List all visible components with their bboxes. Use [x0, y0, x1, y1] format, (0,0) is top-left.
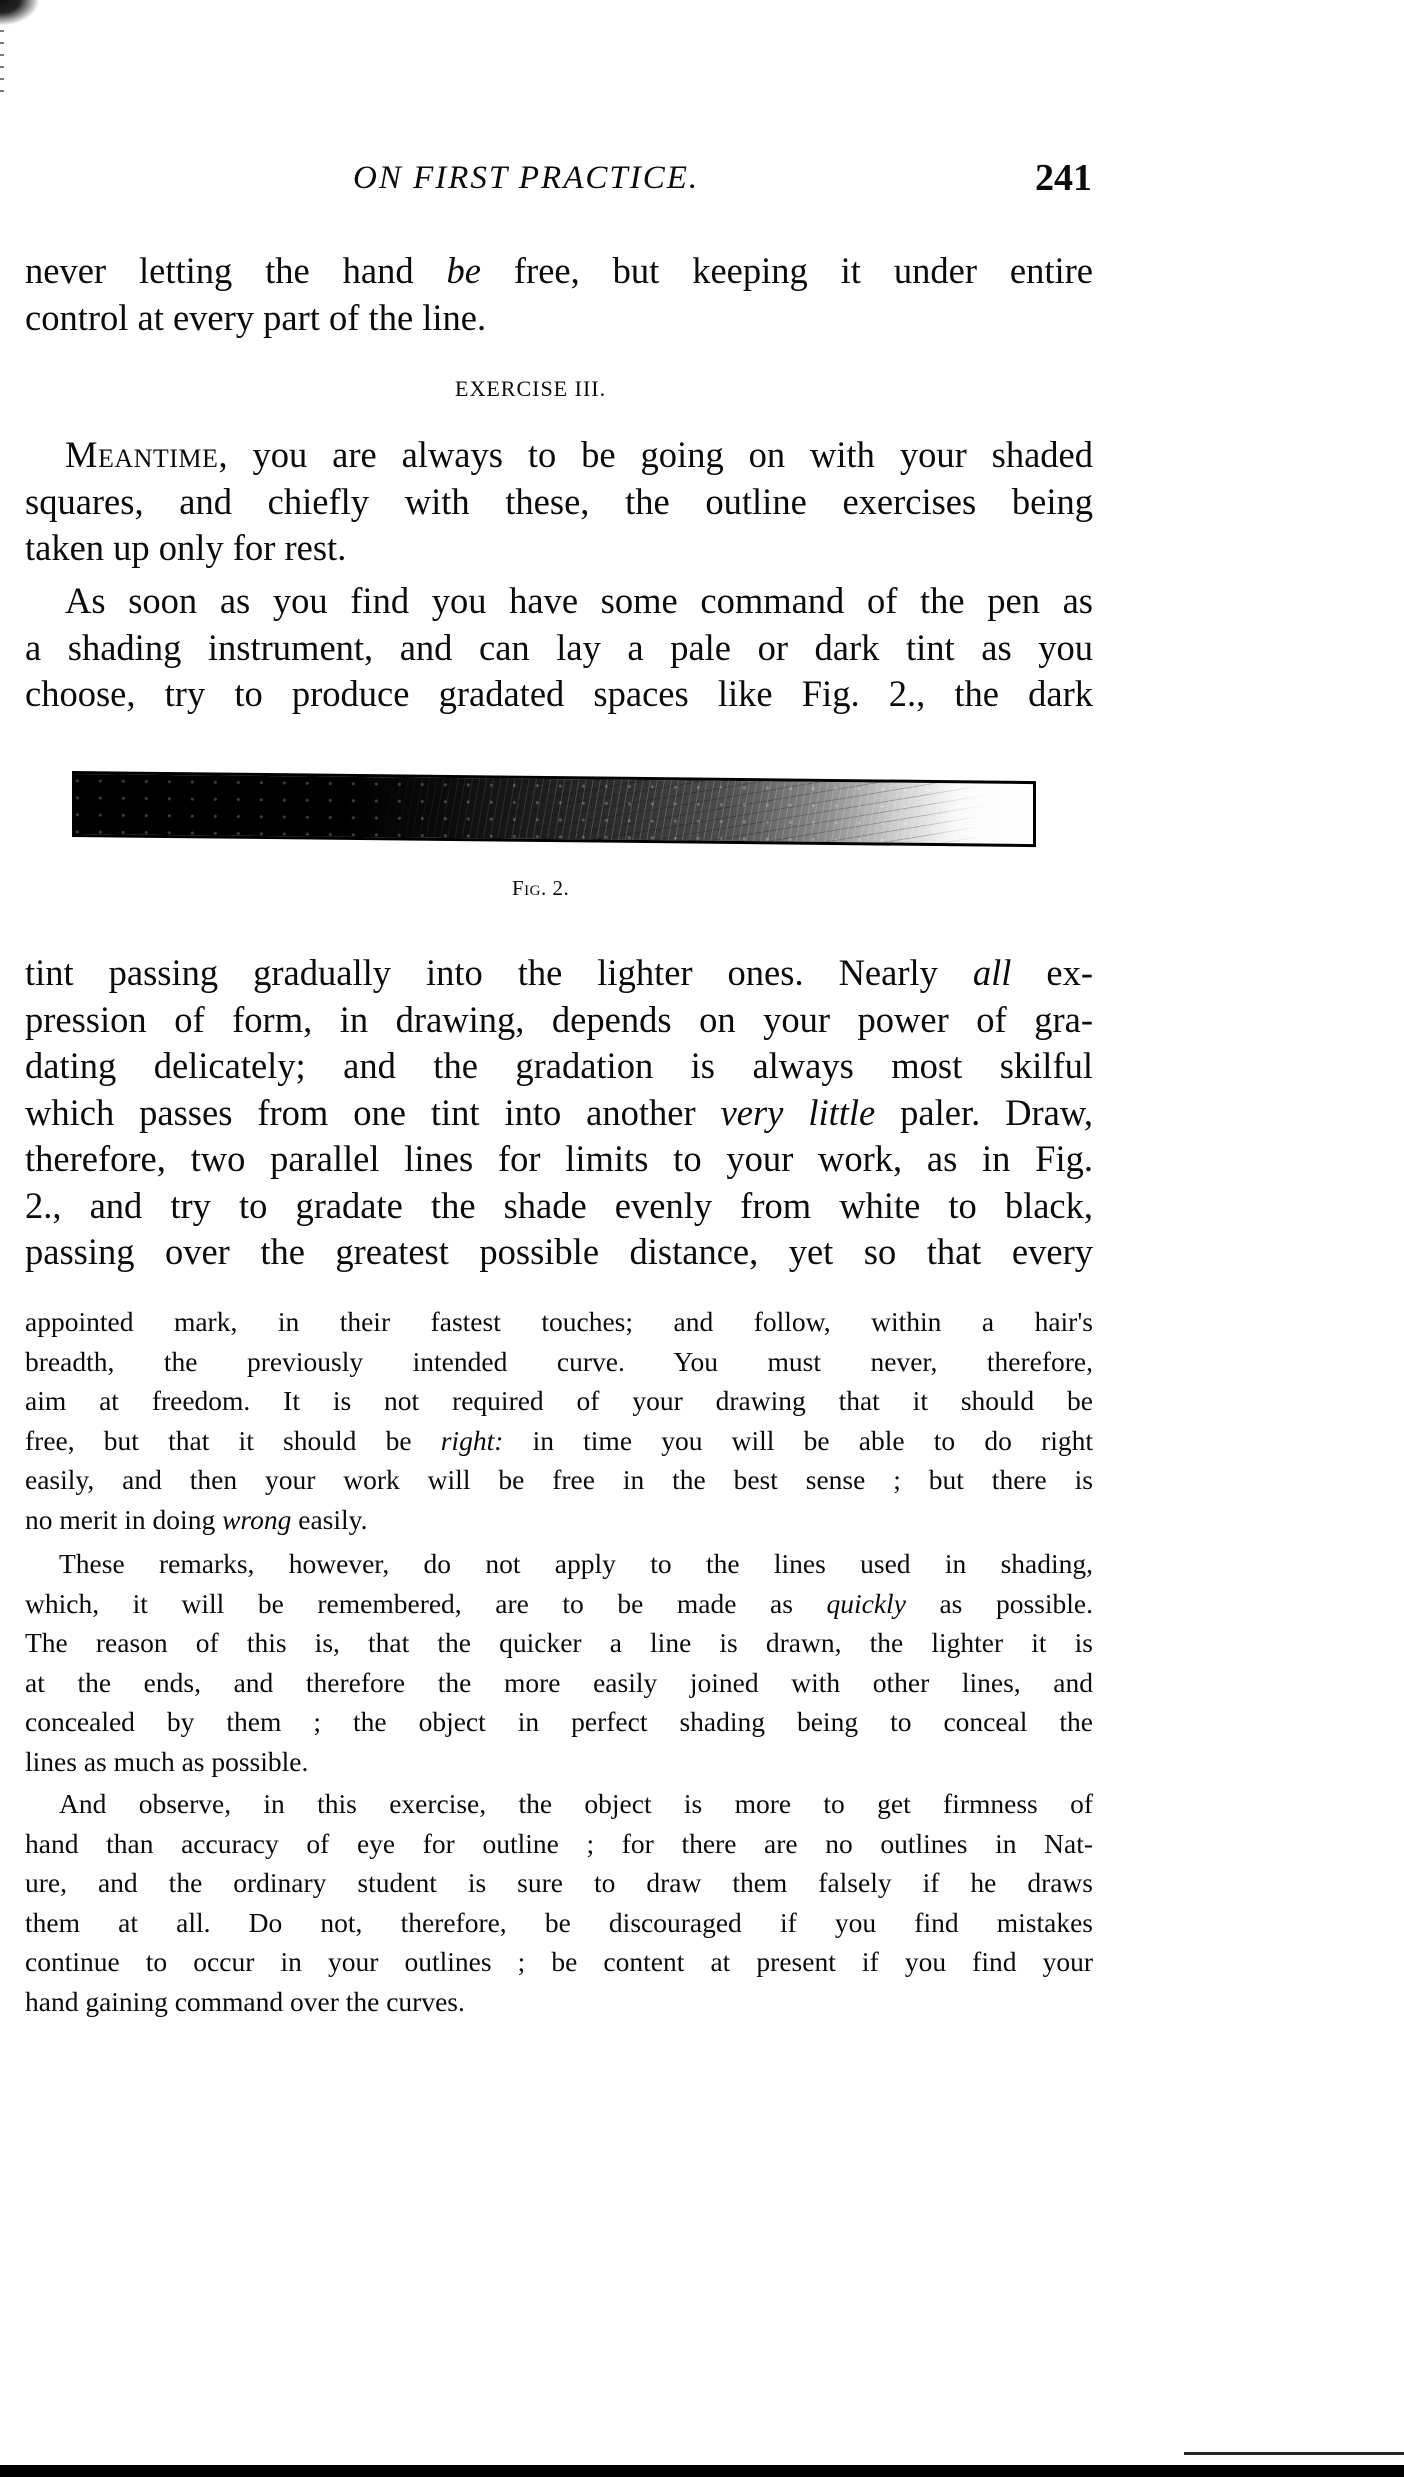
text-run: ex- [1011, 952, 1093, 993]
text-line: control at every part of the line. [25, 295, 1093, 342]
footnote-line: ure, and the ordinary student is sure to… [25, 1863, 1093, 1903]
text-line: As soon as you find you have some comman… [25, 578, 1093, 625]
text-line: never letting the hand be free, but keep… [25, 248, 1093, 295]
text-line: 2., and try to gradate the shade evenly … [25, 1183, 1093, 1230]
footnote-line: at the ends, and therefore the more easi… [25, 1663, 1093, 1703]
footnote-line: which, it will be remembered, are to be … [25, 1584, 1093, 1624]
page-number: 241 [1035, 156, 1092, 200]
text-line: dating delicately; and the gradation is … [25, 1043, 1093, 1090]
emphasis: quickly [827, 1588, 906, 1619]
text-run: no merit in doing [25, 1504, 222, 1535]
footnote-line: And observe, in this exercise, the objec… [25, 1784, 1093, 1824]
paragraph-tint: tint passing gradually into the lighter … [25, 950, 1093, 1276]
emphasis: all [973, 952, 1012, 993]
footnote-paragraph-1: appointed mark, in their fastest touches… [25, 1302, 1093, 1539]
text-run: paler. Draw, [875, 1092, 1093, 1133]
footnote-line: concealed by them ; the object in perfec… [25, 1702, 1093, 1742]
footnote-line: The reason of this is, that the quicker … [25, 1623, 1093, 1663]
running-head: ON FIRST PRACTICE. 241 [0, 160, 1404, 200]
figure-stipple-texture [75, 774, 1033, 844]
footnote-line: no merit in doing wrong easily. [25, 1500, 1093, 1540]
footnote-line: them at all. Do not, therefore, be disco… [25, 1903, 1093, 1943]
footnote-line: appointed mark, in their fastest touches… [25, 1302, 1093, 1342]
footnote-line: breadth, the previously intended curve. … [25, 1342, 1093, 1382]
text-run: tint passing gradually into the lighter … [25, 952, 973, 993]
lead-small-caps: Meantime [65, 434, 218, 475]
footnote-line: aim at freedom. It is not required of yo… [25, 1381, 1093, 1421]
running-title: ON FIRST PRACTICE. [353, 160, 699, 197]
text-line: pression of form, in drawing, depends on… [25, 997, 1093, 1044]
text-line: tint passing gradually into the lighter … [25, 950, 1093, 997]
text-line: choose, try to produce gradated spaces l… [25, 671, 1093, 718]
emphasis: be [447, 250, 481, 291]
paragraph-as-soon: As soon as you find you have some comman… [25, 578, 1093, 718]
text-line: therefore, two parallel lines for limits… [25, 1136, 1093, 1183]
emphasis: wrong [222, 1504, 291, 1535]
text-line: Meantime, you are always to be going on … [25, 432, 1093, 479]
text-run: , you are always to be going on with you… [218, 434, 1093, 475]
text-line: squares, and chiefly with these, the out… [25, 479, 1093, 526]
footnote-line: lines as much as possible. [25, 1742, 1093, 1782]
footnote-line: hand gaining command over the curves. [25, 1982, 1093, 2022]
paragraph-meantime: Meantime, you are always to be going on … [25, 432, 1093, 572]
text-run: free, but keeping it under entire [481, 250, 1093, 291]
continuation-paragraph: never letting the hand be free, but keep… [25, 248, 1093, 341]
text-line: a shading instrument, and can lay a pale… [25, 625, 1093, 672]
text-run: which, it will be remembered, are to be … [25, 1588, 827, 1619]
text-run: as possible. [906, 1588, 1093, 1619]
footnote-paragraph-2: These remarks, however, do not apply to … [25, 1544, 1093, 1781]
text-line: taken up only for rest. [25, 525, 1093, 572]
exercise-heading-text: EXERCISE III. [455, 376, 606, 402]
figure-caption-text: Fig. 2. [512, 876, 569, 901]
gradation-figure [72, 771, 1036, 847]
text-run: never letting the hand [25, 250, 447, 291]
scan-edge-specks [0, 30, 4, 100]
emphasis: very little [721, 1092, 876, 1133]
text-line: which passes from one tint into another … [25, 1090, 1093, 1137]
scan-edge-line [1184, 2452, 1404, 2455]
scan-bottom-edge [0, 2465, 1404, 2477]
footnote-paragraph-3: And observe, in this exercise, the objec… [25, 1784, 1093, 2021]
footnote-line: continue to occur in your outlines ; be … [25, 1942, 1093, 1982]
footnote-line: easily, and then your work will be free … [25, 1460, 1093, 1500]
footnote-line: These remarks, however, do not apply to … [25, 1544, 1093, 1584]
text-line: passing over the greatest possible dista… [25, 1229, 1093, 1276]
scan-corner-smudge [0, 0, 40, 26]
text-run: free, but that it should be [25, 1425, 441, 1456]
text-run: in time you will be able to do right [503, 1425, 1093, 1456]
text-run: easily. [291, 1504, 367, 1535]
footnote-line: hand than accuracy of eye for outline ; … [25, 1824, 1093, 1864]
text-run: which passes from one tint into another [25, 1092, 721, 1133]
emphasis: right: [441, 1425, 504, 1456]
footnote-line: free, but that it should be right: in ti… [25, 1421, 1093, 1461]
